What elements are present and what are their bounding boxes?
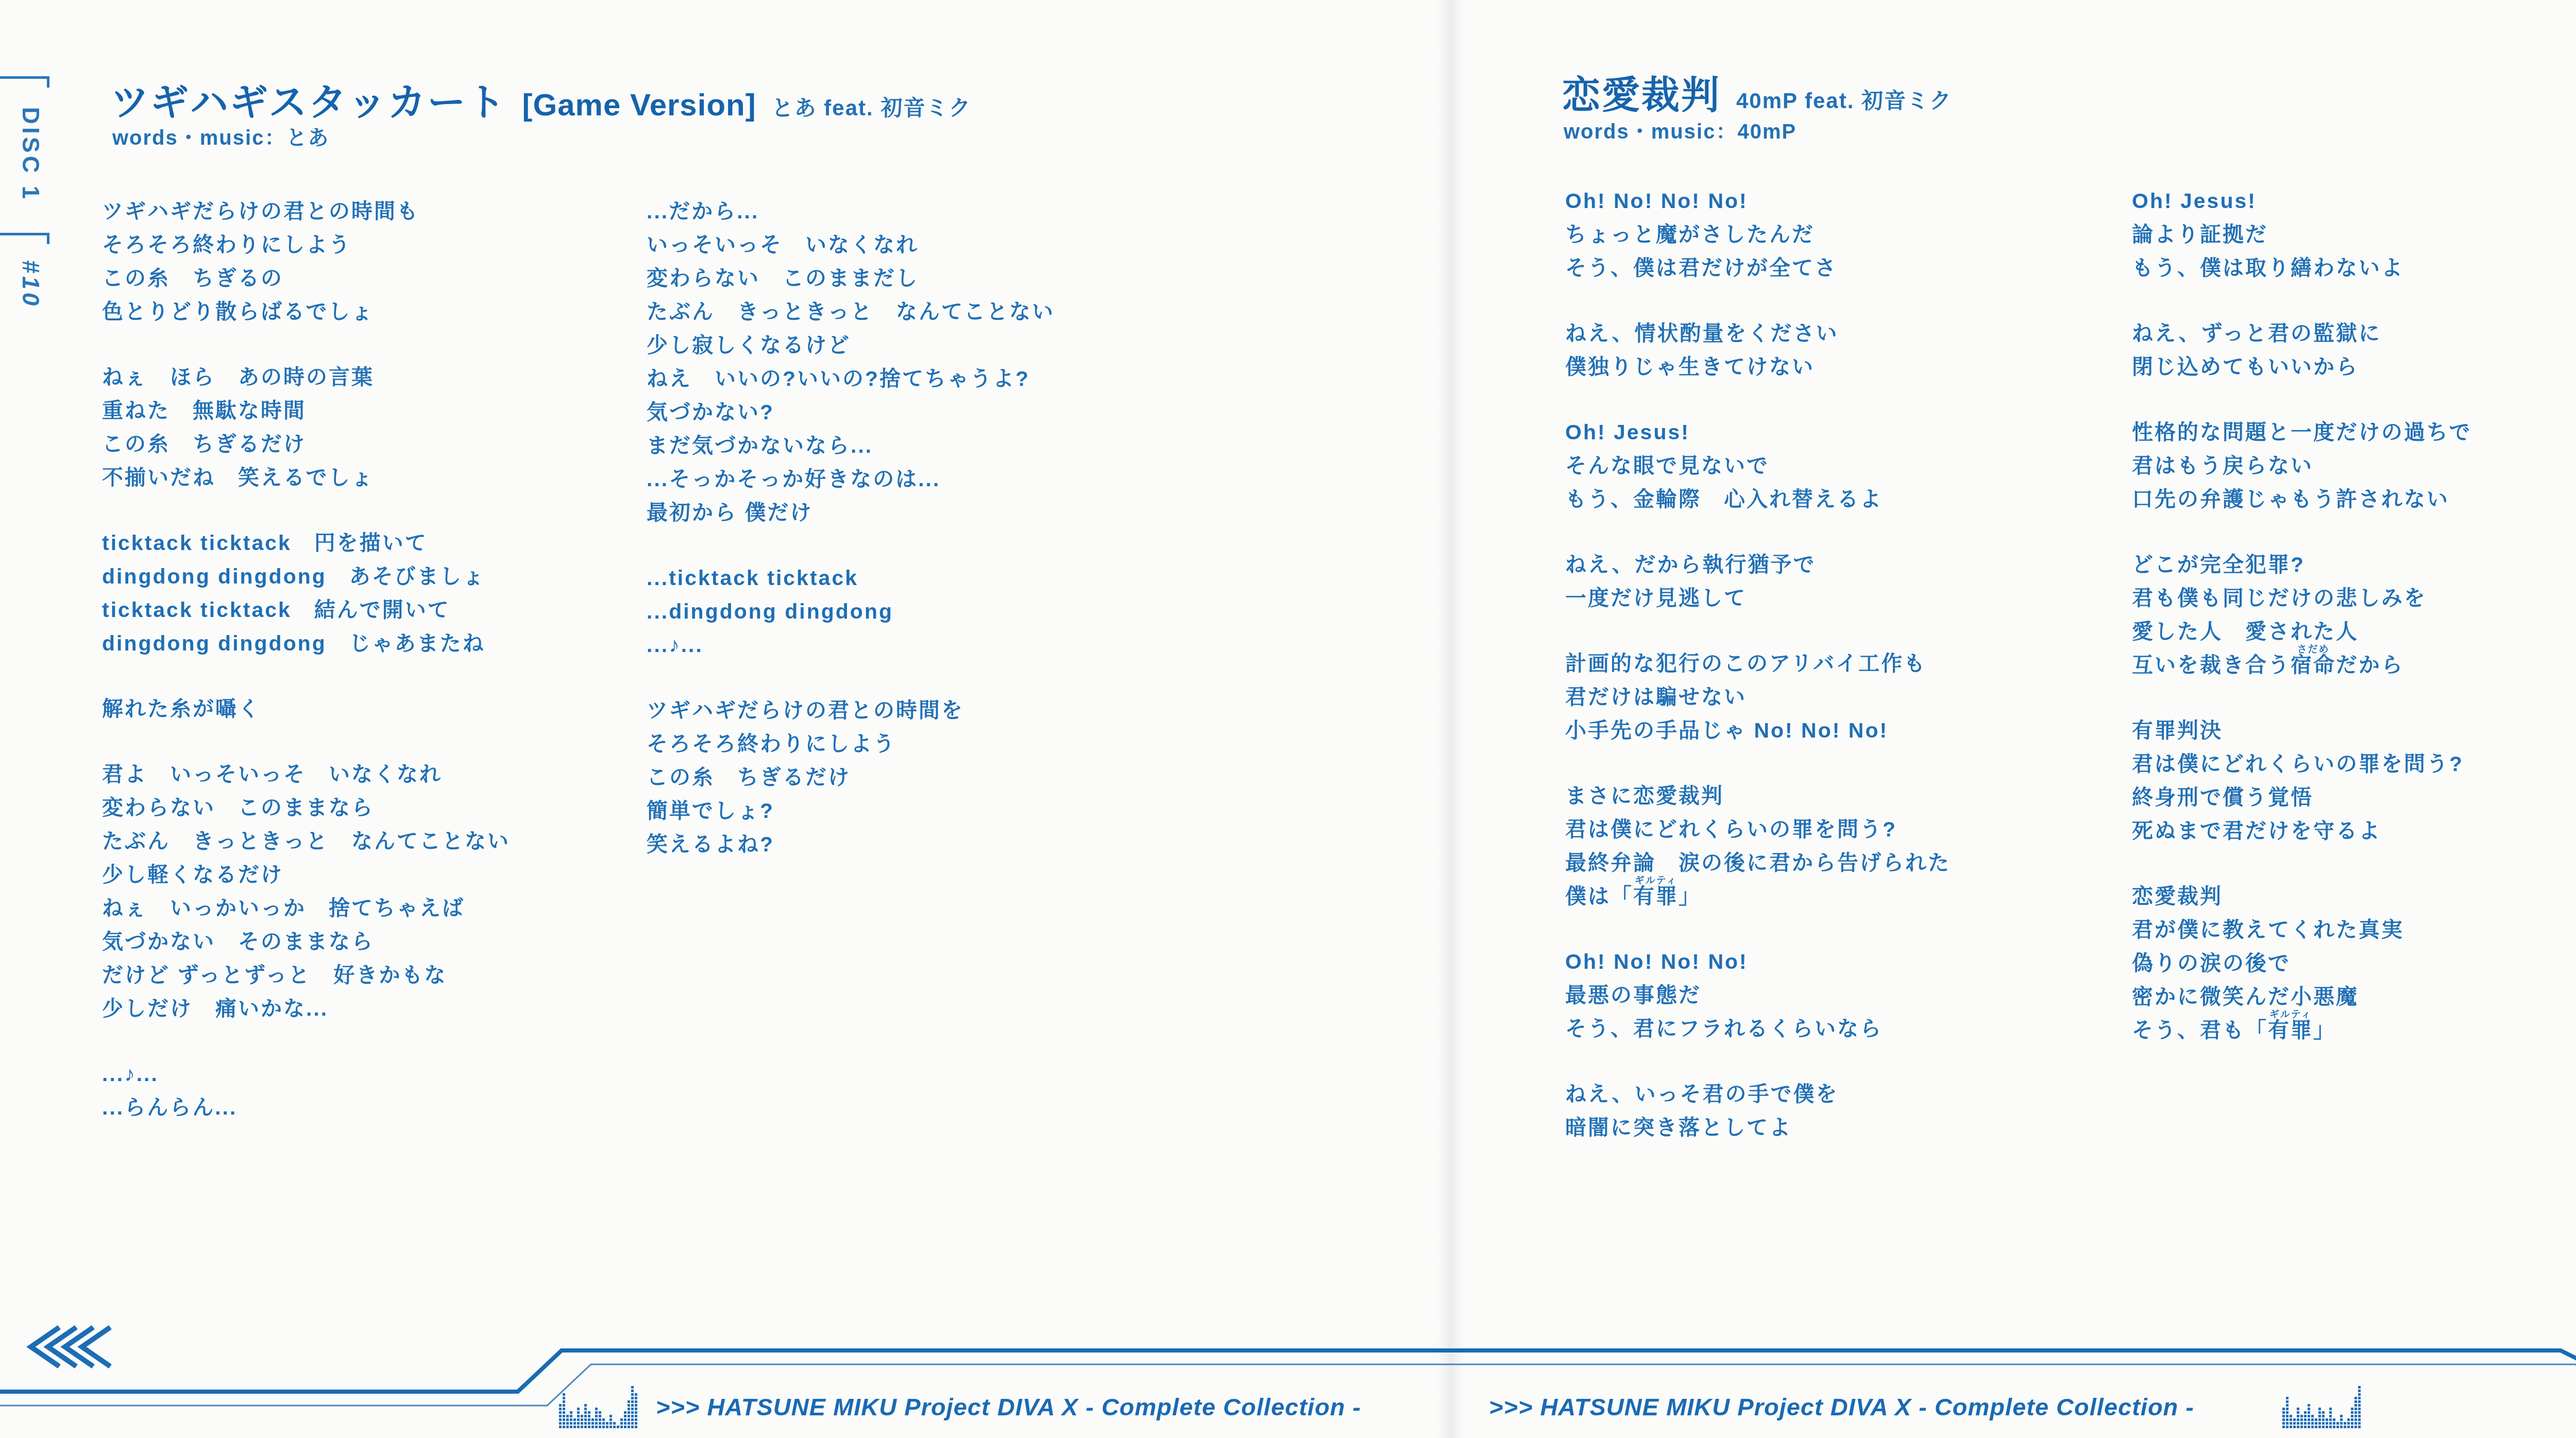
lyric-line: 少し寂しくなるけど [647,329,1055,362]
lyric-line: ...らんらん... [102,1091,510,1124]
sidebar-tick-line [0,233,49,235]
lyric-line: ツギハギだらけの君との時間を [647,694,1055,727]
lyric-line: 愛した人 愛された人 [2132,615,2472,648]
lyric-line: 少し軽くなるだけ [102,858,510,892]
lyric-line: 最終弁論 涙の後に君から告げられた [1565,846,1951,880]
lyric-line: ...dingdong dingdong [647,595,1055,628]
lyric-line: 君はもう戻らない [2132,449,2472,483]
stanza: ねえ、いっそ君の手で僕を暗闇に突き落としてよ [1565,1077,1951,1144]
lyric-line: ねぇ いっかいっか 捨てちゃえば [102,892,510,925]
lyric-line: 一度だけ見逃して [1565,581,1951,615]
lyric-line: 死ぬまで君だけを守るよ [2132,814,2472,848]
lyric-line: そろそろ終わりにしよう [647,727,1055,761]
right-song-title: 恋愛裁判 [1562,65,1721,119]
stanza: ねえ、情状酌量をください僕独りじゃ生きてけない [1565,317,1951,384]
stanza: Oh! Jesus!論より証拠だもう、僕は取り繕わないよ [2132,184,2472,285]
lyric-line: dingdong dingdong あそびましょ [102,560,510,593]
lyric-line: ...だから... [647,195,1055,228]
right-song-credit: words・music：40mP [1564,115,1797,145]
lyric-line: まさに恋愛裁判 [1565,779,1951,813]
stanza: ツギハギだらけの君との時間もそろそろ終わりにしようこの糸 ちぎるの色とりどり散ら… [102,195,510,329]
lyric-line: 恋愛裁判 [2132,880,2472,913]
lyric-line: もう、僕は取り繕わないよ [2132,251,2472,285]
lyric-line: ...♪... [647,628,1055,662]
stanza: ...だから...いっそいっそ いなくなれ変わらない このままだしたぶん きっと… [647,195,1055,529]
left-song-title: ツギハギスタッカート [111,72,507,127]
lyric-line: Oh! Jesus! [2132,184,2472,218]
lyric-line: もう、金輪際 心入れ替えるよ [1565,483,1951,516]
lyric-line: dingdong dingdong じゃあまたね [102,627,510,660]
booklet-fold-shadow [1437,0,1464,1438]
lyric-line: 少しだけ 痛いかな... [102,992,510,1025]
lyric-line: ちょっと魔がさしたんだ [1565,218,1951,251]
footer-banner-text-left: >>> HATSUNE MIKU Project DIVA X - Comple… [656,1393,1361,1421]
lyric-line: そんな眼で見ないで [1565,449,1951,483]
lyric-line: たぶん きっときっと なんてことない [102,825,510,858]
lyric-line: 最悪の事態だ [1565,979,1951,1012]
stanza: 恋愛裁判君が僕に教えてくれた真実偽りの涙の後で密かに微笑んだ小悪魔そう、君も「ギ… [2132,880,2472,1047]
lyric-line: 性格的な問題と一度だけの過ちで [2132,416,2472,449]
lyric-line: 暗闇に突き落としてよ [1565,1111,1951,1144]
ruby-annotated-word: ギルティ有罪 [2268,1014,2313,1047]
lyrics-column: Oh! Jesus!論より証拠だもう、僕は取り繕わないよねえ、ずっと君の監獄に閉… [2132,184,2472,1079]
stanza: Oh! No! No! No!ちょっと魔がさしたんだそう、僕は君だけが全てさ [1565,184,1951,285]
left-song-artist: とあ feat. 初音ミク [772,91,972,122]
lyric-line: 偽りの涙の後で [2132,947,2472,980]
lyric-line: 最初から 僕だけ [647,496,1055,529]
lyric-line: 不揃いだね 笑えるでしょ [102,461,510,494]
lyric-line: そう、君も「ギルティ有罪」 [2132,1014,2472,1047]
lyrics-column: Oh! No! No! No!ちょっと魔がさしたんだそう、僕は君だけが全てさねえ… [1565,184,1951,1176]
lyric-line: 僕独りじゃ生きてけない [1565,350,1951,384]
lyric-line: Oh! No! No! No! [1565,945,1951,979]
lyric-line: 僕は「ギルティ有罪」 [1565,880,1951,913]
lyric-line: 計画的な犯行のこのアリバイ工作も [1565,647,1951,680]
lyric-line: 君は僕にどれくらいの罪を問う? [1565,813,1951,846]
lyric-line: 密かに微笑んだ小悪魔 [2132,980,2472,1014]
lyric-line: だけど ずっとずっと 好きかもな [102,958,510,992]
stanza: 性格的な問題と一度だけの過ちで君はもう戻らない口先の弁護じゃもう許されない [2132,416,2472,516]
lyrics-column: ...だから...いっそいっそ いなくなれ変わらない このままだしたぶん きっと… [647,195,1055,893]
stanza: Oh! No! No! No!最悪の事態だそう、君にフラれるくらいなら [1565,945,1951,1046]
stanza: ...♪......らんらん... [102,1057,510,1124]
ruby-annotated-word: ギルティ有罪 [1633,880,1679,913]
lyrics-column: ツギハギだらけの君との時間もそろそろ終わりにしようこの糸 ちぎるの色とりどり散ら… [102,195,510,1156]
sidebar-tick-line [0,76,49,79]
left-song-version: [Game Version] [522,87,756,123]
lyric-line: まだ気づかないなら... [647,429,1055,463]
lyric-line: この糸 ちぎるだけ [647,761,1055,794]
lyric-line: ねえ、だから執行猶予で [1565,548,1951,581]
stanza: ツギハギだらけの君との時間をそろそろ終わりにしようこの糸 ちぎるだけ簡単でしょ?… [647,694,1055,861]
stanza: まさに恋愛裁判君は僕にどれくらいの罪を問う?最終弁論 涙の後に君から告げられた僕… [1565,779,1951,913]
lyric-line: ねえ いいの?いいの?捨てちゃうよ? [647,362,1055,396]
lyric-line: 色とりどり散らばるでしょ [102,295,510,329]
right-song-artist: 40mP feat. 初音ミク [1736,84,1952,115]
lyric-line: ねえ、いっそ君の手で僕を [1565,1077,1951,1111]
sidebar-track-number-left: #10 [17,260,45,309]
stanza: ticktack ticktack 円を描いてdingdong dingdong… [102,526,510,660]
lyric-line: ...♪... [102,1057,510,1091]
lyric-line: 小手先の手品じゃ No! No! No! [1565,714,1951,747]
equalizer-icon [2282,1386,2361,1428]
lyric-line: 解れた糸が囁く [102,692,510,726]
lyric-line: 簡単でしょ? [647,794,1055,828]
lyric-line: ねぇ ほら あの時の言葉 [102,361,510,394]
equalizer-icon [559,1386,637,1428]
lyric-line: 君も僕も同じだけの悲しみを [2132,581,2472,615]
lyric-line: どこが完全犯罪? [2132,548,2472,581]
lyric-line: そう、君にフラれるくらいなら [1565,1012,1951,1046]
lyric-line: 君は僕にどれくらいの罪を問う? [2132,747,2472,781]
lyric-line: 終身刑で償う覚悟 [2132,781,2472,814]
lyric-line: 論より証拠だ [2132,218,2472,251]
stanza: ねぇ ほら あの時の言葉重ねた 無駄な時間この糸 ちぎるだけ不揃いだね 笑えるで… [102,361,510,494]
lyric-line: ...ticktack ticktack [647,561,1055,595]
lyric-line: そう、僕は君だけが全てさ [1565,251,1951,285]
lyric-line: 気づかない? [647,396,1055,429]
lyric-line: いっそいっそ いなくなれ [647,228,1055,262]
lyric-line: ねえ、ずっと君の監獄に [2132,317,2472,350]
stanza: 計画的な犯行のこのアリバイ工作も君だけは騙せない小手先の手品じゃ No! No!… [1565,647,1951,747]
sidebar-disc-label-left: DISC 1 [17,107,45,202]
right-song-title-row: 恋愛裁判 40mP feat. 初音ミク [1562,65,1952,119]
left-song-title-row: ツギハギスタッカート [Game Version] とあ feat. 初音ミク [111,72,971,127]
lyric-line: この糸 ちぎるの [102,262,510,295]
lyric-line: そろそろ終わりにしよう [102,228,510,262]
lyric-line: ねえ、情状酌量をください [1565,317,1951,350]
lyric-line: 有罪判決 [2132,714,2472,747]
stanza: ...ticktack ticktack...dingdong dingdong… [647,561,1055,662]
lyric-line: たぶん きっときっと なんてことない [647,295,1055,329]
lyric-line: 閉じ込めてもいいから [2132,350,2472,384]
ruby-annotated-word: さだめ宿命 [2291,648,2336,682]
stanza: 有罪判決君は僕にどれくらいの罪を問う?終身刑で償う覚悟死ぬまで君だけを守るよ [2132,714,2472,848]
footer-banner-text-right: >>> HATSUNE MIKU Project DIVA X - Comple… [1489,1393,2194,1421]
stanza: ねえ、だから執行猶予で一度だけ見逃して [1565,548,1951,615]
lyric-line: 君よ いっそいっそ いなくなれ [102,758,510,791]
lyric-line: 口先の弁護じゃもう許されない [2132,483,2472,516]
booklet-spread: { "colors":{"accent":"#1b6ab4","lyrics":… [0,0,2576,1438]
lyric-line: 君が僕に教えてくれた真実 [2132,913,2472,947]
lyric-line: ticktack ticktack 結んで開いて [102,593,510,627]
chevrons-left-icon [31,1327,110,1366]
stanza: Oh! Jesus!そんな眼で見ないでもう、金輪際 心入れ替えるよ [1565,416,1951,516]
lyric-line: ...そっかそっか好きなのは... [647,463,1055,496]
lyric-line: この糸 ちぎるだけ [102,427,510,461]
left-song-credit: words・music：とあ [112,122,329,151]
lyric-line: Oh! Jesus! [1565,416,1951,449]
lyric-line: ツギハギだらけの君との時間も [102,195,510,228]
lyric-line: 笑えるよね? [647,828,1055,861]
lyric-line: 君だけは騙せない [1565,680,1951,714]
lyric-line: Oh! No! No! No! [1565,184,1951,218]
lyric-line: 気づかない そのままなら [102,925,510,958]
stanza: どこが完全犯罪?君も僕も同じだけの悲しみを愛した人 愛された人互いを裁き合うさだ… [2132,548,2472,682]
stanza: 君よ いっそいっそ いなくなれ変わらない このままならたぶん きっときっと なん… [102,758,510,1025]
lyric-line: 互いを裁き合うさだめ宿命だから [2132,648,2472,682]
lyric-line: ticktack ticktack 円を描いて [102,526,510,560]
stanza: ねえ、ずっと君の監獄に閉じ込めてもいいから [2132,317,2472,384]
lyric-line: 変わらない このままだし [647,262,1055,295]
lyric-line: 変わらない このままなら [102,791,510,825]
lyric-line: 重ねた 無駄な時間 [102,394,510,427]
stanza: 解れた糸が囁く [102,692,510,726]
